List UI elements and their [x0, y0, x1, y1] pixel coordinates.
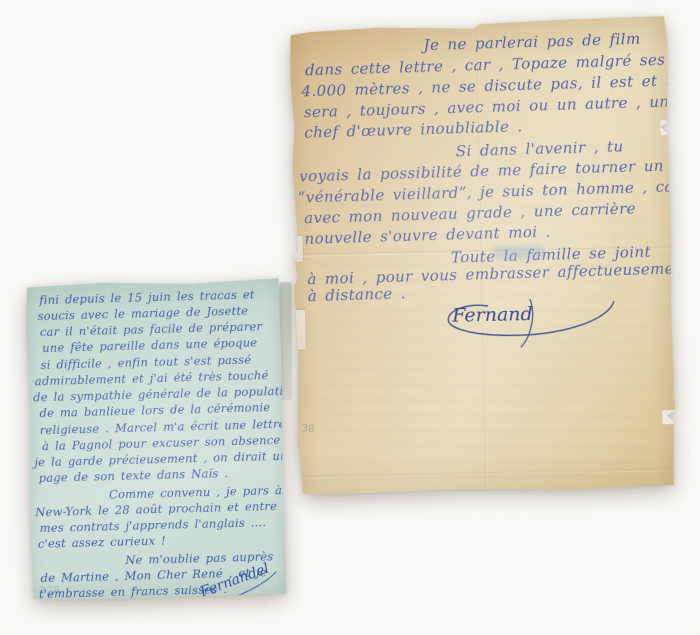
fold-crease-horizontal	[298, 468, 677, 479]
letter-line: c'est assez curieux !	[38, 533, 166, 550]
letter-line: nouvelle s'ouvre devant moi .	[304, 222, 551, 247]
pencil-mark: 38	[301, 423, 315, 435]
letter-line: Je ne parlerai pas de film	[423, 30, 641, 54]
letter-line: une fête pareille dans une époque	[42, 335, 257, 355]
tan-letter-paper: Je ne parlerai pas de film dans cette le…	[288, 16, 677, 496]
blue-letter: fini depuis le 15 juin les tracas et sou…	[25, 278, 287, 602]
letter-line: Si dans l'avenir , tu	[456, 137, 624, 160]
tape-fragment	[294, 236, 304, 262]
inventory-mark: 328	[39, 584, 60, 597]
ink-smudge	[493, 245, 545, 260]
letter-line: à distance .	[308, 284, 407, 305]
tan-letter: Je ne parlerai pas de film dans cette le…	[288, 16, 677, 496]
edge-notch	[662, 410, 676, 424]
blue-letter-paper: fini depuis le 15 juin les tracas et sou…	[25, 278, 287, 602]
tape-fragment	[294, 310, 306, 350]
edge-notch	[660, 120, 670, 135]
letter-line: page de son texte dans Naïs .	[39, 466, 229, 485]
letter-line: Ne m'oublie pas auprès	[125, 549, 273, 567]
tan-signature: Fernand	[452, 303, 533, 327]
photo-background: Je ne parlerai pas de film dans cette le…	[0, 0, 700, 635]
signature-text: Fernand	[452, 303, 533, 327]
letter-line: chef d'œuvre inoubliable .	[304, 117, 523, 141]
